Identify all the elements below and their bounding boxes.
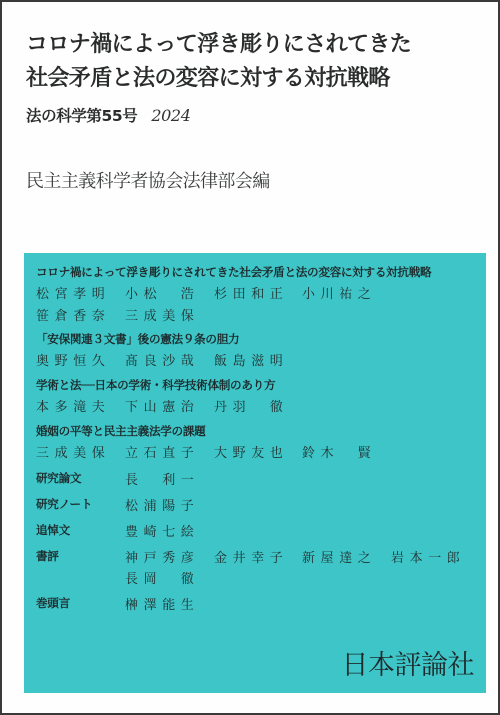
category-label: 追悼文 [36,522,70,538]
author-name: 鈴木 賢 [302,442,376,461]
title-line-1: コロナ禍によって浮き彫りにされてきた [26,28,411,62]
contents-panel: コロナ禍によって浮き彫りにされてきた社会矛盾と法の変容に対する対抗戦略 松宮孝明… [24,253,486,693]
author-name: 松宮孝明 [36,283,110,302]
author-name: 三成美保 [36,442,110,461]
author-name: 笹倉香奈 [36,305,110,324]
author-name: 飯島滋明 [214,350,288,369]
section-title: 学術と法──日本の学術・科学技術体制のあり方 [36,377,498,393]
author-name: 杉田和正 [214,283,288,302]
author-name: 髙良沙哉 [125,350,199,369]
category-label: 研究ノート [36,496,92,512]
book-cover: コロナ禍によって浮き彫りにされてきた 社会矛盾と法の変容に対する対抗戦略 法の科… [0,0,500,715]
title-line-2: 社会矛盾と法の変容に対する対抗戦略 [26,62,411,96]
author-name: 松浦陽子 [125,495,199,514]
author-name: 神戸秀彦 [125,547,199,566]
category-label: 書評 [36,548,59,564]
category-label: 研究論文 [36,470,81,486]
author-name: 長 利一 [125,469,199,488]
author-name: 新屋達之 [302,547,376,566]
author-name: 小川祐之 [302,283,376,302]
author-name: 長岡 徹 [125,568,199,587]
section-title: コロナ禍によって浮き彫りにされてきた社会矛盾と法の変容に対する対抗戦略 [36,264,498,280]
author-name: 三成美保 [125,305,199,324]
author-name: 下山憲治 [125,396,199,415]
series-info: 法の科学第55号2024 [26,104,191,126]
category-label: 巻頭言 [36,595,70,611]
author-name: 丹羽 徹 [214,396,288,415]
publication-year: 2024 [151,106,190,125]
author-name: 小松 浩 [125,283,199,302]
section-title: 「安保関連３文書」後の憲法９条の胆力 [36,331,498,347]
author-name: 立石直子 [125,442,199,461]
author-name: 奥野恒久 [36,350,110,369]
author-name: 本多滝夫 [36,396,110,415]
author-name: 榊澤能生 [125,594,199,613]
author-name: 豊崎七絵 [125,521,199,540]
author-name: 金井幸子 [214,547,288,566]
author-name: 岩本一郎 [391,547,465,566]
section-title: 婚姻の平等と民主主義法学の課題 [36,423,498,439]
publisher-name: 日本評論社 [342,643,475,682]
series-name: 法の科学第55号 [26,107,137,125]
author-name: 大野友也 [214,442,288,461]
book-title: コロナ禍によって浮き彫りにされてきた 社会矛盾と法の変容に対する対抗戦略 [26,28,411,96]
editor-credit: 民主主義科学者協会法律部会編 [26,167,270,193]
